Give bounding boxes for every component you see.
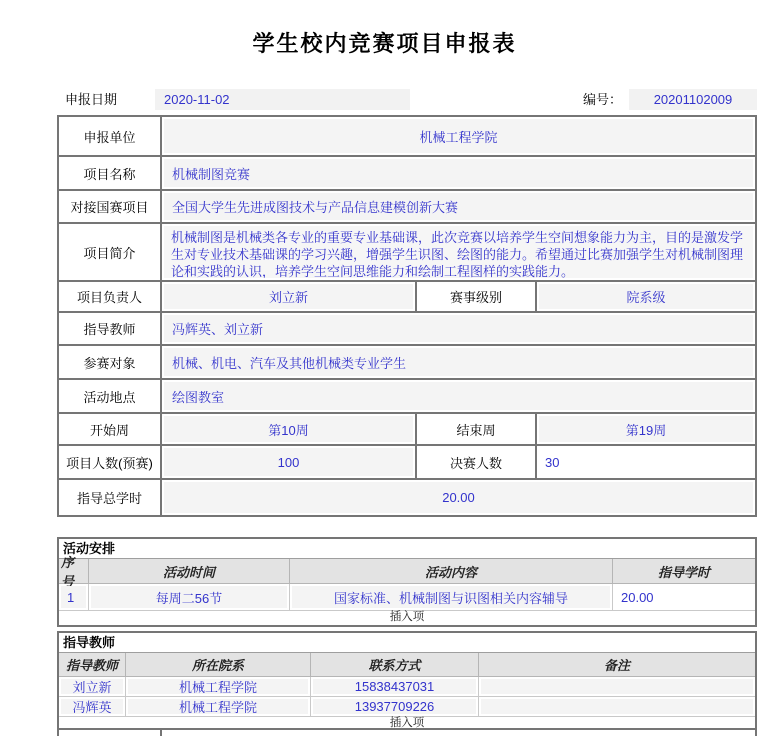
teacher-note[interactable]	[481, 679, 753, 694]
teachers-section: 指导教师 指导教师 所在院系 联系方式 备注 刘立新 机械工程学院 158384…	[57, 631, 757, 733]
teacher-dept[interactable]: 机械工程学院	[128, 679, 308, 694]
prelim-count-label: 项目人数(预赛)	[59, 446, 162, 478]
teacher-note[interactable]	[481, 699, 753, 714]
number-label: 编号：	[583, 90, 622, 110]
teacher-dept[interactable]: 机械工程学院	[128, 699, 308, 714]
row-total-hours: 指导总学时 20.00	[59, 480, 755, 515]
teachers-header-note: 备注	[479, 653, 755, 676]
activity-hours[interactable]: 20.00	[615, 586, 753, 608]
total-hours-label: 指导总学时	[59, 480, 162, 515]
teacher-row: 刘立新 机械工程学院 15838437031	[59, 677, 755, 697]
number-field[interactable]: 20201102009	[629, 89, 757, 110]
teacher-name[interactable]: 冯辉英	[61, 699, 123, 714]
teachers-header-dept: 所在院系	[126, 653, 311, 676]
activity-header-row: 序号 活动时间 活动内容 指导学时	[59, 559, 755, 584]
location-label: 活动地点	[59, 380, 162, 412]
teachers-header-row: 指导教师 所在院系 联系方式 备注	[59, 653, 755, 677]
teachers-header-name: 指导教师	[59, 653, 126, 676]
row-advisors: 指导教师 冯辉英、刘立新	[59, 313, 755, 346]
row-project-intro: 项目简介 机械制图是机械类各专业的重要专业基础课，此次竞赛以培养学生空间想象能力…	[59, 224, 755, 282]
row-project-name: 项目名称 机械制图竞赛	[59, 157, 755, 191]
prelim-count-value[interactable]: 100	[164, 448, 413, 476]
activity-header-time: 活动时间	[89, 559, 290, 583]
advisors-value[interactable]: 冯辉英、刘立新	[164, 315, 753, 342]
final-count-value[interactable]: 30	[539, 448, 753, 476]
project-name-value[interactable]: 机械制图竞赛	[164, 159, 753, 187]
project-intro-label: 项目简介	[59, 224, 162, 280]
row-apply-unit: 申报单位 机械工程学院	[59, 117, 755, 157]
row-location: 活动地点 绘图教室	[59, 380, 755, 414]
project-info-table: 申报单位 机械工程学院 项目名称 机械制图竞赛 对接国赛项目 全国大学生先进成图…	[57, 115, 757, 517]
national-contest-value[interactable]: 全国大学生先进成图技术与产品信息建模创新大赛	[164, 193, 753, 220]
start-week-value[interactable]: 第10周	[164, 416, 413, 442]
apply-unit-value[interactable]: 机械工程学院	[164, 119, 753, 153]
location-value[interactable]: 绘图教室	[164, 382, 753, 410]
apply-date-field[interactable]: 2020-11-02	[155, 89, 410, 110]
teachers-section-title: 指导教师	[59, 633, 755, 653]
row-weeks: 开始周 第10周 结束周 第19周	[59, 414, 755, 446]
activity-header-hours: 指导学时	[613, 559, 755, 583]
project-leader-value[interactable]: 刘立新	[164, 284, 413, 309]
participants-label: 参赛对象	[59, 346, 162, 378]
teacher-phone[interactable]: 15838437031	[313, 679, 476, 694]
advisors-label: 指导教师	[59, 313, 162, 344]
teacher-row: 冯辉英 机械工程学院 13937709226	[59, 697, 755, 717]
activity-no[interactable]: 1	[61, 586, 86, 608]
partial-next-row	[57, 728, 757, 736]
end-week-value[interactable]: 第19周	[539, 416, 753, 442]
national-contest-label: 对接国赛项目	[59, 191, 162, 222]
row-national-contest: 对接国赛项目 全国大学生先进成图技术与产品信息建模创新大赛	[59, 191, 755, 224]
row-headcount: 项目人数(预赛) 100 决赛人数 30	[59, 446, 755, 480]
activity-section-title: 活动安排	[59, 539, 755, 559]
activity-header-no: 序号	[59, 559, 89, 583]
competition-application-form: 学生校内竞赛项目申报表 申报日期 2020-11-02 编号： 20201102…	[0, 0, 769, 736]
apply-unit-label: 申报单位	[59, 117, 162, 155]
page-title: 学生校内竞赛项目申报表	[0, 27, 769, 58]
row-participants: 参赛对象 机械、机电、汽车及其他机械类专业学生	[59, 346, 755, 380]
partial-row-divider	[160, 730, 162, 736]
contest-level-value[interactable]: 院系级	[539, 284, 753, 309]
teacher-name[interactable]: 刘立新	[61, 679, 123, 694]
contest-level-label: 赛事级别	[415, 282, 537, 311]
activity-content[interactable]: 国家标准、机械制图与识图相关内容辅导	[292, 586, 610, 608]
activity-header-content: 活动内容	[290, 559, 613, 583]
project-intro-value[interactable]: 机械制图是机械类各专业的重要专业基础课，此次竞赛以培养学生空间想象能力为主，目的…	[164, 226, 753, 278]
activity-row: 1 每周二56节 国家标准、机械制图与识图相关内容辅导 20.00	[59, 584, 755, 611]
participants-value[interactable]: 机械、机电、汽车及其他机械类专业学生	[164, 348, 753, 376]
end-week-label: 结束周	[415, 414, 537, 444]
final-count-label: 决赛人数	[415, 446, 537, 478]
row-leader-level: 项目负责人 刘立新 赛事级别 院系级	[59, 282, 755, 313]
teacher-phone[interactable]: 13937709226	[313, 699, 476, 714]
project-leader-label: 项目负责人	[59, 282, 162, 311]
activity-insert-item-button[interactable]: 插入项	[59, 611, 755, 625]
activity-section: 活动安排 序号 活动时间 活动内容 指导学时 1 每周二56节 国家标准、机械制…	[57, 537, 757, 627]
activity-time[interactable]: 每周二56节	[91, 586, 287, 608]
teachers-header-phone: 联系方式	[311, 653, 479, 676]
total-hours-value[interactable]: 20.00	[164, 482, 753, 513]
apply-date-label: 申报日期	[65, 90, 117, 110]
project-name-label: 项目名称	[59, 157, 162, 189]
start-week-label: 开始周	[59, 414, 162, 444]
